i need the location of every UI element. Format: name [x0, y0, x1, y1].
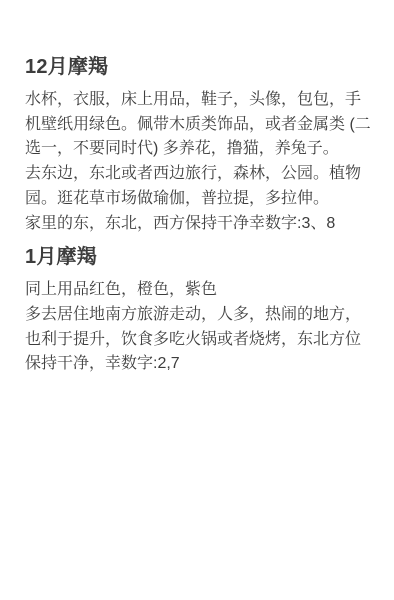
paragraph: 家里的东，东北，西方保持干净幸数字:3、8 [25, 212, 372, 237]
note-page: 12月摩羯 水杯，衣服，床上用品，鞋子，头像，包包，手机壁纸用绿色。佩带木质类饰… [0, 0, 394, 377]
paragraph: 多去居住地南方旅游走动，人多，热闹的地方，也利于提升，饮食多吃火锅或者烧烤，东北… [25, 303, 372, 377]
section-heading-december: 12月摩羯 [25, 54, 372, 80]
paragraph: 水杯，衣服，床上用品，鞋子，头像，包包，手机壁纸用绿色。佩带木质类饰品，或者金属… [25, 88, 372, 162]
paragraph: 去东边，东北或者西边旅行，森林，公园。植物园。逛花草市场做瑜伽，普拉提，多拉伸。 [25, 162, 372, 211]
section-heading-january: 1月摩羯 [25, 244, 372, 270]
paragraph: 同上用品红色，橙色，紫色 [25, 278, 372, 303]
section-january-capricorn: 1月摩羯 同上用品红色，橙色，紫色 多去居住地南方旅游走动，人多，热闹的地方，也… [25, 244, 372, 377]
section-december-capricorn: 12月摩羯 水杯，衣服，床上用品，鞋子，头像，包包，手机壁纸用绿色。佩带木质类饰… [25, 54, 372, 236]
